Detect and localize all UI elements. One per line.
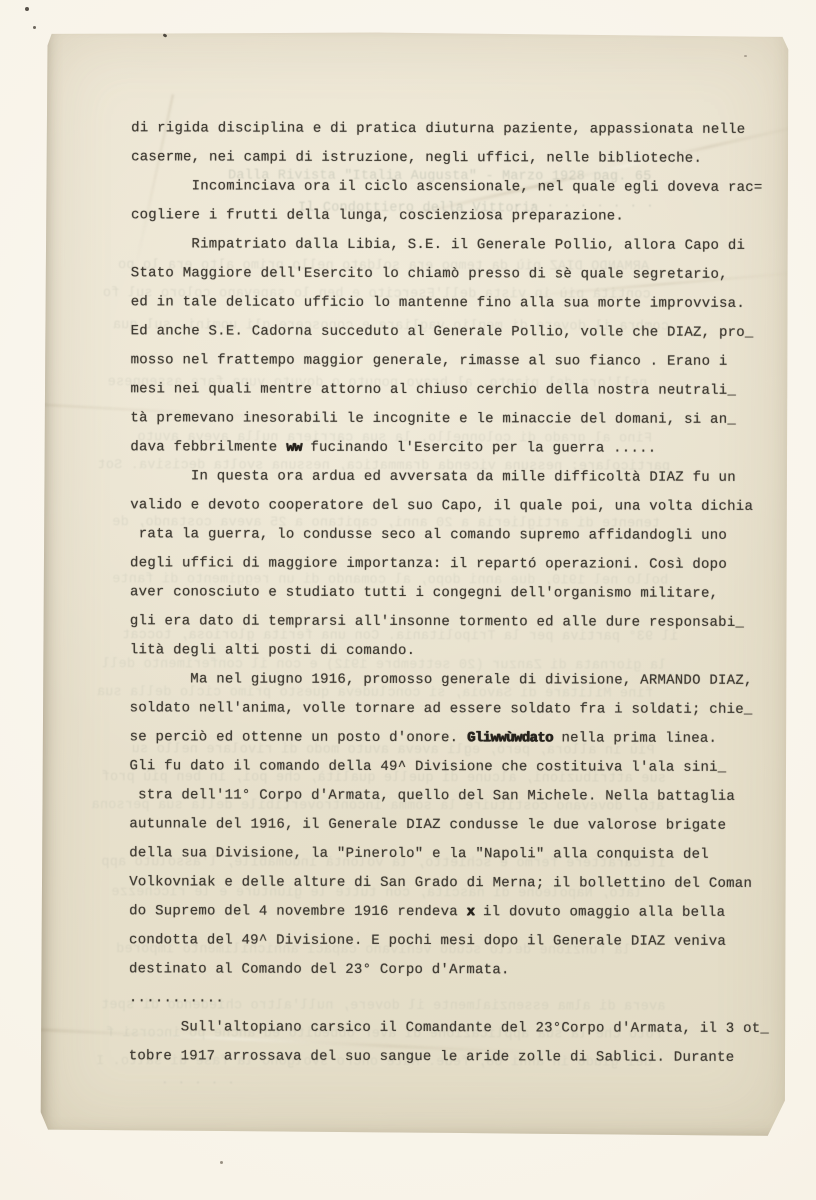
text-segment: tobre 1917 arrossava del suo sangue le a… [129, 1048, 735, 1066]
text-segment: cogliere i frutti della lunga, coscienzi… [131, 207, 624, 224]
text-line: degli uffici di maggiore importanza: il … [130, 549, 778, 580]
text-segment: Stato Maggiore dell'Esercito lo chiamò p… [131, 265, 728, 283]
text-line: caserme, nei campi di istruzione, negli … [131, 143, 779, 174]
scanned-paper-page: Dalla Rivista "Italia Augusta" - Marzo 1… [41, 30, 789, 1136]
text-segment: caserme, nei campi di istruzione, negli … [131, 149, 702, 166]
text-line: dava febbrilmente ww fucinando l'Esercit… [130, 433, 778, 464]
text-line: ed in tale delicato ufficio lo mantenne … [131, 288, 779, 319]
text-line: Ed anche S.E. Cadorna succeduto al Gener… [131, 317, 779, 348]
text-line: stra dell'11° Corpo d'Armata, quello del… [129, 781, 777, 812]
text-segment: se perciò ed ottenne un posto d'onore. [130, 729, 467, 746]
text-line: Volkovniak e delle alture di San Grado d… [129, 868, 777, 899]
text-segment: tà premevano inesorabili le incognite e … [130, 410, 736, 428]
text-segment: In questa ora ardua ed avversata da mill… [130, 468, 736, 486]
text-segment: della sua Divisione, la "Pinerolo" e la … [129, 845, 709, 863]
text-line: ........... [129, 984, 777, 1015]
text-line: aver conosciuto e studiato tutti i conge… [130, 578, 778, 609]
text-line: mesi nei quali mentre attorno al chiuso … [130, 375, 778, 406]
paper-speck [25, 7, 29, 11]
text-line: di rigida disciplina e di pratica diutur… [131, 114, 779, 145]
text-segment: destinato al Comando del 23° Corpo d'Arm… [129, 961, 510, 978]
text-segment: ed in tale delicato ufficio lo mantenne … [131, 294, 745, 312]
text-line: tobre 1917 arrossava del suo sangue le a… [129, 1042, 777, 1073]
text-segment: Ed anche S.E. Cadorna succeduto al Gener… [131, 323, 754, 341]
text-segment: nella prima linea. [553, 730, 717, 746]
text-segment: valido e devoto cooperatore del suo Capo… [130, 497, 753, 515]
text-segment: fucinando l'Esercito per la guerra ..... [302, 440, 657, 457]
paper-speck [33, 26, 36, 29]
typewritten-text: di rigida disciplina e di pratica diutur… [129, 114, 780, 1073]
text-line: condotta del 49^ Divisione. E pochi mesi… [129, 926, 777, 957]
text-segment: degli uffici di maggiore importanza: il … [130, 555, 727, 573]
text-segment: mosso nel frattempo maggior generale, ri… [131, 352, 728, 370]
text-line: tà premevano inesorabili le incognite e … [130, 404, 778, 435]
text-line: lità degli alti posti di comando. [130, 636, 778, 667]
text-segment: il dovuto omaggio alla bella [474, 904, 725, 921]
text-segment: Volkovniak e delle alture di San Grado d… [129, 874, 752, 892]
text-line: mosso nel frattempo maggior generale, ri… [131, 346, 779, 377]
text-segment: lità degli alti posti di comando. [130, 642, 416, 659]
text-line: valido e devoto cooperatore del suo Capo… [130, 491, 778, 522]
paper-speck [220, 1161, 223, 1164]
text-segment: condotta del 49^ Divisione. E pochi mesi… [129, 932, 726, 950]
text-segment: Incominciava ora il ciclo ascensionale, … [131, 178, 763, 196]
overstruck-text: Gliwwùwdato [467, 730, 553, 746]
text-segment: aver conosciuto e studiato tutti i conge… [130, 584, 718, 602]
text-line: soldato nell'anima, volle tornare ad ess… [130, 694, 778, 725]
text-line: della sua Divisione, la "Pinerolo" e la … [129, 839, 777, 870]
text-segment: Gli fu dato il comando della 49^ Divisio… [129, 758, 726, 776]
text-segment: rata la guerra, lo condusse seco al coma… [130, 526, 727, 544]
overstruck-text: ww [286, 440, 302, 456]
text-line: In questa ora ardua ed avversata da mill… [130, 462, 778, 493]
text-segment: mesi nei quali mentre attorno al chiuso … [130, 381, 736, 399]
text-segment: Sull'altopiano carsico il Comandante del… [129, 1019, 769, 1037]
text-line: cogliere i frutti della lunga, coscienzi… [131, 201, 779, 232]
text-line: Sull'altopiano carsico il Comandante del… [129, 1013, 777, 1044]
text-segment: do Supremo del 4 novembre 1916 rendeva [129, 903, 466, 920]
text-line: autunnale del 1916, il Generale DIAZ con… [129, 810, 777, 841]
text-line: Incominciava ora il ciclo ascensionale, … [131, 172, 779, 203]
text-line: do Supremo del 4 novembre 1916 rendeva x… [129, 897, 777, 928]
text-segment: soldato nell'anima, volle tornare ad ess… [130, 700, 753, 718]
text-line: destinato al Comando del 23° Corpo d'Arm… [129, 955, 777, 986]
text-line: rata la guerra, lo condusse seco al coma… [130, 520, 778, 551]
bleed-text-line: · · · · · [161, 1076, 236, 1091]
text-line: Rimpatriato dalla Libia, S.E. il General… [131, 230, 779, 261]
text-segment: dava febbrilmente [130, 439, 286, 455]
text-segment: di rigida disciplina e di pratica diutur… [131, 120, 745, 138]
text-segment: autunnale del 1916, il Generale DIAZ con… [129, 816, 726, 834]
text-segment: gli era dato di temprarsi all'insonne to… [130, 613, 744, 631]
text-line: Ma nel giugno 1916, promosso generale di… [130, 665, 778, 696]
text-segment: ........... [129, 990, 224, 1006]
text-segment: Ma nel giugno 1916, promosso generale di… [130, 671, 753, 689]
paper-speck [744, 55, 747, 57]
text-line: gli era dato di temprarsi all'insonne to… [130, 607, 778, 638]
text-line: se perciò ed ottenne un posto d'onore. G… [130, 723, 778, 754]
text-line: Gli fu dato il comando della 49^ Divisio… [129, 752, 777, 783]
text-segment: stra dell'11° Corpo d'Armata, quello del… [129, 787, 735, 805]
text-line: Stato Maggiore dell'Esercito lo chiamò p… [131, 259, 779, 290]
text-segment: Rimpatriato dalla Libia, S.E. il General… [131, 236, 745, 254]
